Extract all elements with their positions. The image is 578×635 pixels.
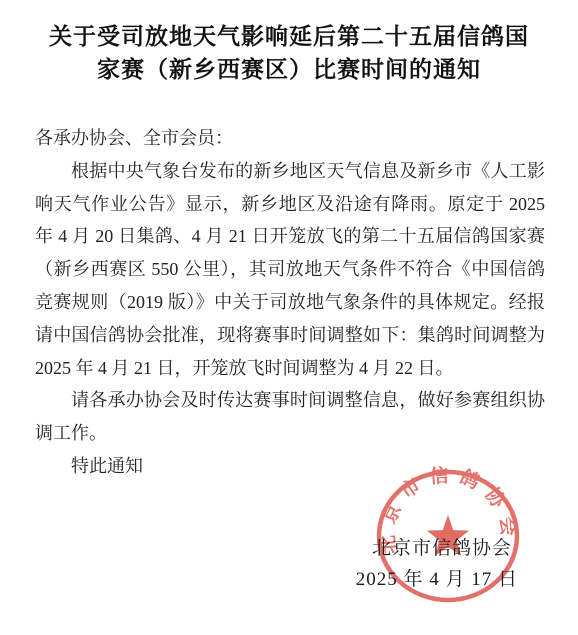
paragraph-main: 根据中央气象台发布的新乡地区天气信息及新乡市《人工影响天气作业公告》显示，新乡地… xyxy=(35,155,545,385)
notice-document: 关于受司放地天气影响延后第二十五届信鸽国 家赛（新乡西赛区）比赛时间的通知 各承… xyxy=(0,0,578,635)
signature-organization: 北京市信鸽协会 xyxy=(372,533,512,560)
salutation: 各承办协会、全市会员： xyxy=(35,122,545,155)
document-title: 关于受司放地天气影响延后第二十五届信鸽国 家赛（新乡西赛区）比赛时间的通知 xyxy=(20,20,558,86)
document-title-line2: 家赛（新乡西赛区）比赛时间的通知 xyxy=(20,53,558,86)
document-title-line1: 关于受司放地天气影响延后第二十五届信鸽国 xyxy=(20,20,558,53)
signature-date: 2025 年 4 月 17 日 xyxy=(356,564,518,591)
paragraph-request: 请各承办协会及时传达赛事时间调整信息，做好参赛组织协调工作。 xyxy=(35,384,545,450)
paragraph-closing: 特此通知 xyxy=(35,450,545,483)
document-body: 各承办协会、全市会员： 根据中央气象台发布的新乡地区天气信息及新乡市《人工影响天… xyxy=(35,122,545,483)
